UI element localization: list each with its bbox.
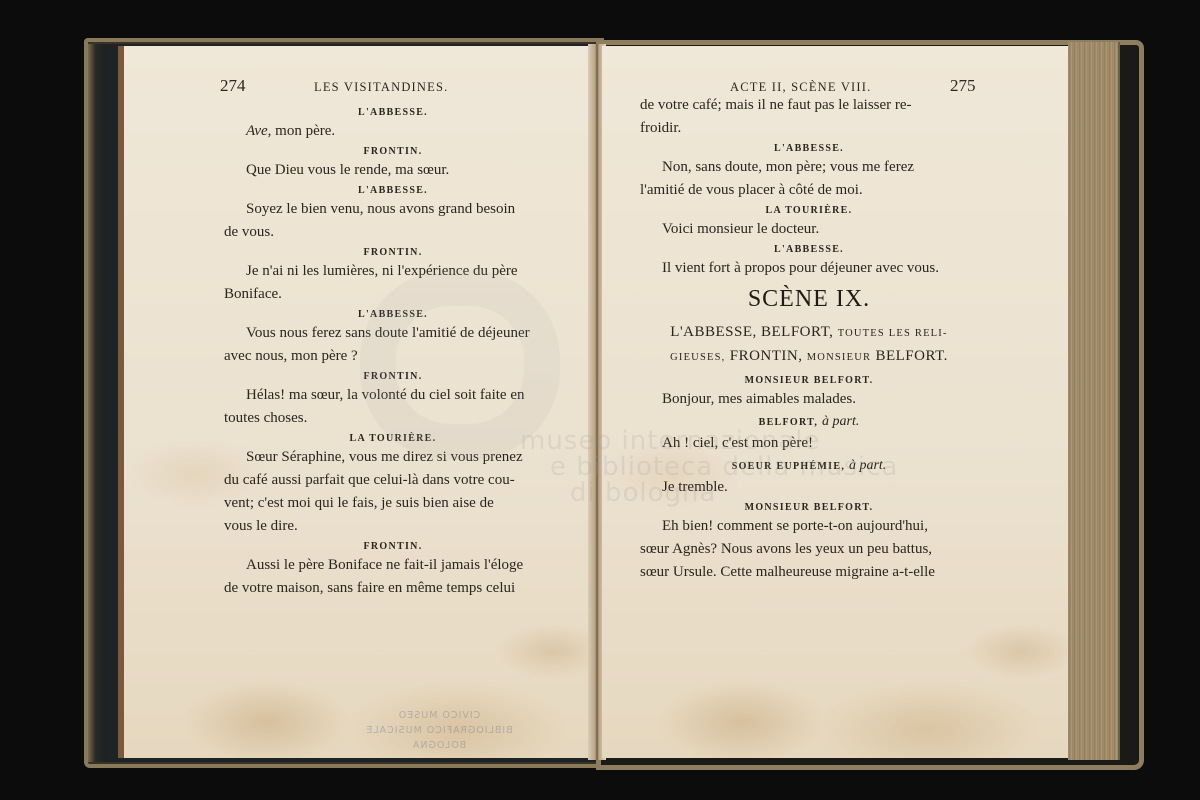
dialogue-line: Il vient fort à propos pour déjeuner ave… (640, 257, 978, 280)
speaker-label: LA TOURIÈRE. (350, 433, 437, 444)
dialogue-line: Vous nous ferez sans doute l'amitié de d… (224, 322, 562, 345)
line-text: Soyez le bien venu, nous avons grand bes… (246, 201, 515, 217)
line-text: toutes choses. (224, 410, 307, 426)
line-text: de votre café; mais il ne faut pas le la… (640, 97, 912, 113)
speaker-label: LA TOURIÈRE. (766, 205, 853, 216)
speaker-name: LA TOURIÈRE. (640, 205, 978, 216)
line-text: avec nous, mon père ? (224, 348, 358, 364)
dialogue-line: Sœur Séraphine, vous me direz si vous pr… (224, 446, 562, 469)
dialogue-line: froidir. (640, 117, 978, 140)
left-page-text: L'ABBESSE.Ave, mon père.FRONTIN.Que Dieu… (224, 104, 562, 600)
line-text: Bonjour, mes aimables malades. (662, 391, 856, 407)
line-text: Vous nous ferez sans doute l'amitié de d… (246, 325, 530, 341)
line-text: , mon père. (268, 123, 335, 139)
page-number: 275 (950, 76, 976, 96)
line-text: Que Dieu vous le rende, ma sœur. (246, 162, 449, 178)
cast-small: MONSIEUR (807, 352, 871, 363)
dialogue-line: Que Dieu vous le rende, ma sœur. (224, 159, 562, 182)
cast-main: FRONTIN, (730, 348, 803, 364)
speaker-label: SOEUR EUPHÉMIE, (732, 461, 845, 472)
page-number: 274 (220, 76, 246, 96)
text-before-scene: de votre café; mais il ne faut pas le la… (640, 94, 978, 280)
speaker-name: LA TOURIÈRE. (224, 433, 562, 444)
line-text: Boniface. (224, 286, 282, 302)
dialogue-line: sœur Ursule. Cette malheureuse migraine … (640, 561, 978, 584)
speaker-name: FRONTIN. (224, 146, 562, 157)
speaker-label: L'ABBESSE. (358, 107, 428, 118)
stamp-line: BOLOGNA (364, 738, 514, 753)
dialogue-line: vous le dire. (224, 515, 562, 538)
speaker-name: FRONTIN. (224, 247, 562, 258)
dialogue-line: Soyez le bien venu, nous avons grand bes… (224, 198, 562, 221)
dialogue-line: avec nous, mon père ? (224, 345, 562, 368)
speaker-name: L'ABBESSE. (224, 107, 562, 118)
line-text: l'amitié de vous placer à côté de moi. (640, 182, 863, 198)
book-photograph: 274 LES VISITANDINES. L'ABBESSE.Ave, mon… (0, 0, 1200, 800)
dialogue-line: Voici monsieur le docteur. (640, 218, 978, 241)
dialogue-line: sœur Agnès? Nous avons les yeux un peu b… (640, 538, 978, 561)
line-text: du café aussi parfait que celui-là dans … (224, 472, 515, 488)
page-edges (1068, 42, 1120, 760)
speaker-name: L'ABBESSE. (640, 143, 978, 154)
dialogue-line: de votre maison, sans faire en même temp… (224, 577, 562, 600)
speaker-name: FRONTIN. (224, 371, 562, 382)
dialogue-line: Je tremble. (640, 476, 978, 499)
line-text: vous le dire. (224, 518, 298, 534)
dialogue-line: Ah ! ciel, c'est mon père! (640, 432, 978, 455)
dialogue-line: Hélas! ma sœur, la volonté du ciel soit … (224, 384, 562, 407)
speaker-label: FRONTIN. (363, 541, 422, 552)
dialogue-line: Boniface. (224, 283, 562, 306)
stamp-line: BIBLIOGRAFICO MUSICALE (364, 723, 514, 738)
speaker-label: L'ABBESSE. (774, 244, 844, 255)
right-page-text: de votre café; mais il ne faut pas le la… (640, 94, 978, 584)
speaker-label: L'ABBESSE. (358, 309, 428, 320)
speaker-label: MONSIEUR BELFORT. (745, 502, 874, 513)
dialogue-line: l'amitié de vous placer à côté de moi. (640, 179, 978, 202)
italic-word: Ave (246, 123, 268, 139)
speaker-name: L'ABBESSE. (224, 309, 562, 320)
speaker-name: BELFORT, à part. (640, 414, 978, 430)
line-text: Je n'ai ni les lumières, ni l'expérience… (246, 263, 518, 279)
scene-cast: L'ABBESSE, BELFORT, TOUTES LES RELI- GIE… (640, 321, 978, 369)
text-after-scene: MONSIEUR BELFORT.Bonjour, mes aimables m… (640, 375, 978, 584)
speaker-label: L'ABBESSE. (774, 143, 844, 154)
line-text: de vous. (224, 224, 274, 240)
dialogue-line: de vous. (224, 221, 562, 244)
line-text: vent; c'est moi qui le fais, je suis bie… (224, 495, 494, 511)
dialogue-line: Eh bien! comment se porte-t-on aujourd'h… (640, 515, 978, 538)
stamp-line: CIVICO MUSEO (364, 708, 514, 723)
speaker-name: L'ABBESSE. (224, 185, 562, 196)
line-text: Je tremble. (662, 479, 728, 495)
running-head: LES VISITANDINES. (314, 80, 448, 95)
speaker-name: L'ABBESSE. (640, 244, 978, 255)
right-page: ACTE II, SCÈNE VIII. 275 de votre café; … (602, 46, 1068, 758)
speaker-label: FRONTIN. (363, 247, 422, 258)
dialogue-line: Ave, mon père. (224, 120, 562, 143)
line-text: sœur Agnès? Nous avons les yeux un peu b… (640, 541, 932, 557)
line-text: Voici monsieur le docteur. (662, 221, 819, 237)
line-text: Hélas! ma sœur, la volonté du ciel soit … (246, 387, 524, 403)
scene-title: SCÈNE IX. (640, 286, 978, 313)
line-text: de votre maison, sans faire en même temp… (224, 580, 515, 596)
line-text: Sœur Séraphine, vous me direz si vous pr… (246, 449, 523, 465)
line-text: Eh bien! comment se porte-t-on aujourd'h… (662, 518, 928, 534)
dialogue-line: du café aussi parfait que celui-là dans … (224, 469, 562, 492)
left-cover-edge (88, 44, 106, 762)
library-stamp: CIVICO MUSEO BIBLIOGRAFICO MUSICALE BOLO… (364, 708, 514, 753)
speaker-name: SOEUR EUPHÉMIE, à part. (640, 458, 978, 474)
speaker-name: MONSIEUR BELFORT. (640, 375, 978, 386)
dialogue-line: Non, sans doute, mon père; vous me ferez (640, 156, 978, 179)
line-text: Non, sans doute, mon père; vous me ferez (662, 159, 914, 175)
dialogue-line: toutes choses. (224, 407, 562, 430)
cast-main: L'ABBESSE, BELFORT, (670, 324, 833, 340)
cast-main: BELFORT. (875, 348, 947, 364)
speaker-label: L'ABBESSE. (358, 185, 428, 196)
dialogue-line: de votre café; mais il ne faut pas le la… (640, 94, 978, 117)
speaker-name: MONSIEUR BELFORT. (640, 502, 978, 513)
line-text: froidir. (640, 120, 681, 136)
line-text: sœur Ursule. Cette malheureuse migraine … (640, 564, 935, 580)
speaker-label: BELFORT, (759, 417, 819, 428)
speaker-label: FRONTIN. (363, 371, 422, 382)
stage-direction: à part. (822, 414, 859, 429)
running-head: ACTE II, SCÈNE VIII. (730, 80, 871, 95)
speaker-label: MONSIEUR BELFORT. (745, 375, 874, 386)
dialogue-line: Bonjour, mes aimables malades. (640, 388, 978, 411)
line-text: Il vient fort à propos pour déjeuner ave… (662, 260, 939, 276)
line-text: Ah ! ciel, c'est mon père! (662, 435, 813, 451)
left-page: 274 LES VISITANDINES. L'ABBESSE.Ave, mon… (118, 46, 600, 758)
stage-direction: à part. (849, 458, 886, 473)
line-text: Aussi le père Boniface ne fait-il jamais… (246, 557, 523, 573)
dialogue-line: Aussi le père Boniface ne fait-il jamais… (224, 554, 562, 577)
cast-small: TOUTES LES RELI- (838, 328, 948, 339)
cast-small: GIEUSES, (670, 352, 725, 363)
speaker-label: FRONTIN. (363, 146, 422, 157)
speaker-name: FRONTIN. (224, 541, 562, 552)
dialogue-line: vent; c'est moi qui le fais, je suis bie… (224, 492, 562, 515)
dialogue-line: Je n'ai ni les lumières, ni l'expérience… (224, 260, 562, 283)
